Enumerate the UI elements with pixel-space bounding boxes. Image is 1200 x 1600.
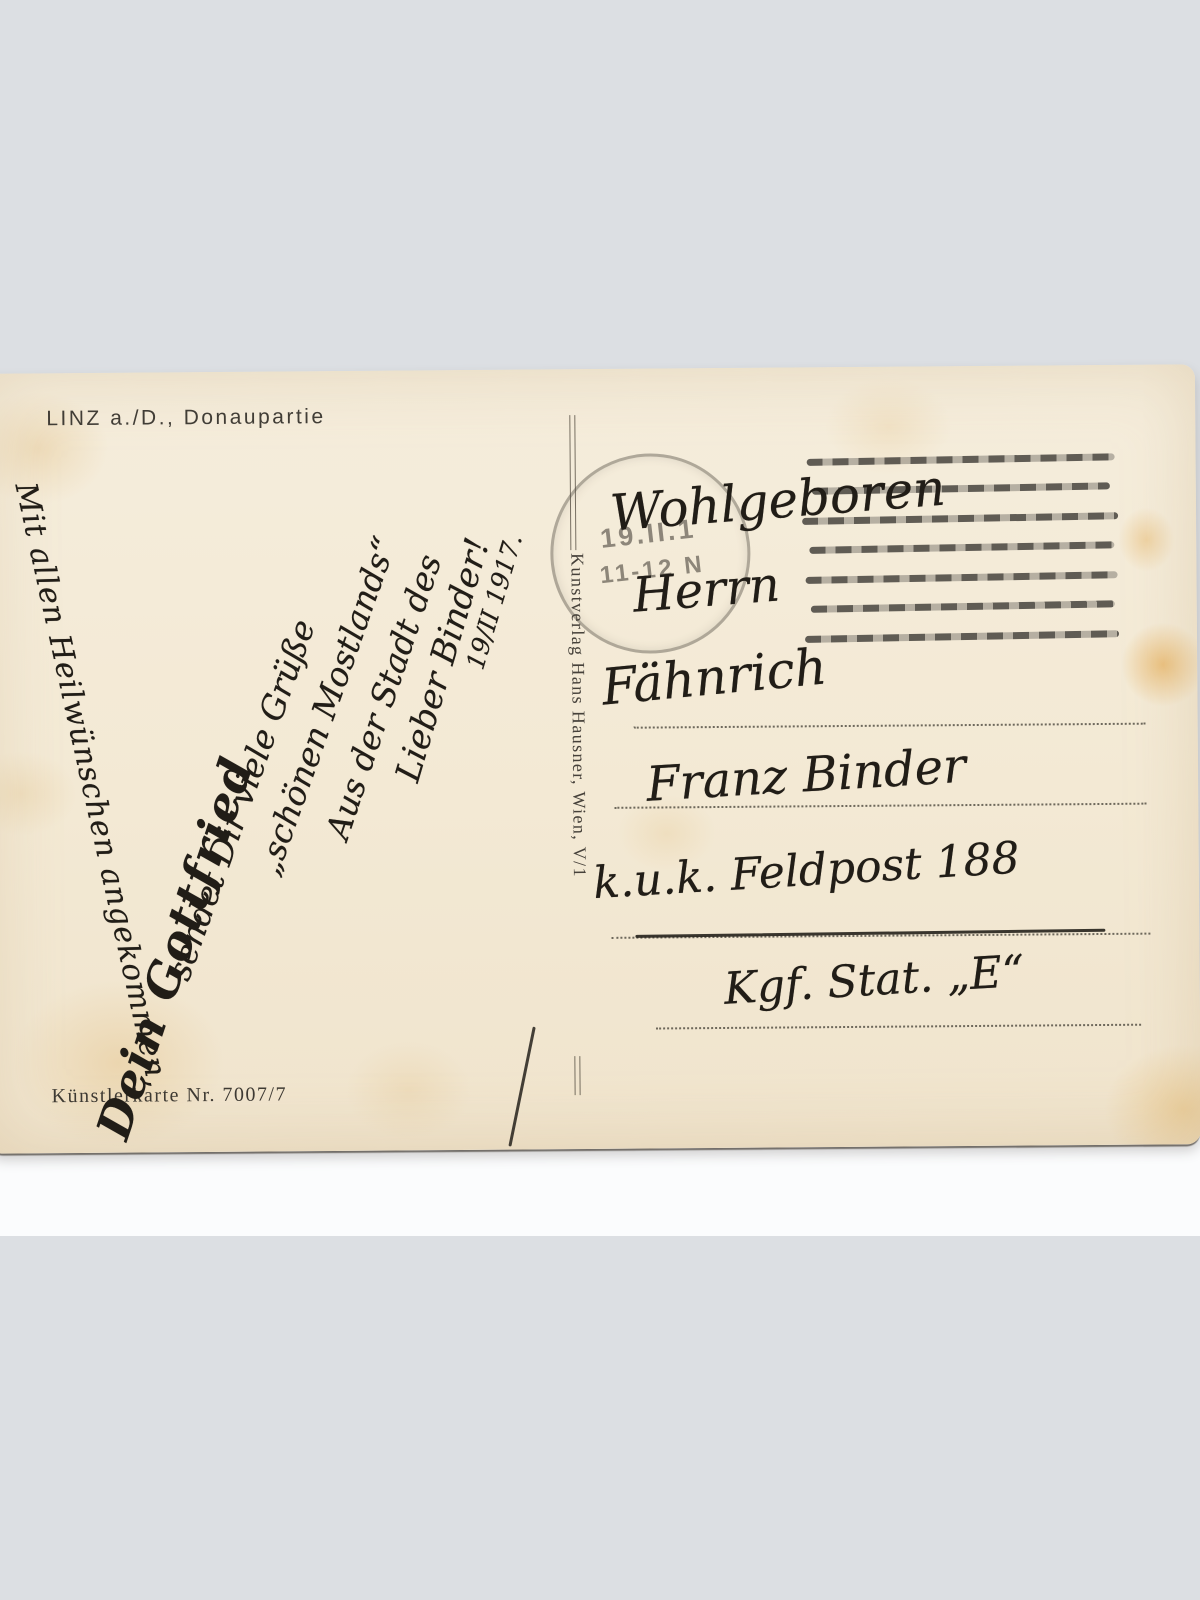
divider-line-bottom <box>574 1056 580 1095</box>
postcard-back: LINZ a./D., Donaupartie Kunstverlag Hans… <box>0 364 1200 1153</box>
scanned-postcard-page: { "page": { "background_color": "#dcdfe3… <box>0 0 1200 1600</box>
pen-flourish-stroke <box>508 1027 535 1147</box>
address-rule <box>634 723 1146 729</box>
cancellation-bar <box>805 630 1119 643</box>
card-number: Künstlerkarte Nr. 7007/7 <box>52 1083 288 1108</box>
cancellation-bar <box>807 453 1115 466</box>
address-rule <box>656 1024 1141 1030</box>
cancellation-bar <box>806 571 1118 584</box>
address-line-station: Kgf. Stat. „E“ <box>722 946 1025 1015</box>
address-line-feldpost: k.u.k. Feldpost 188 <box>592 833 1021 910</box>
address-line-herrn: Herrn <box>631 556 782 623</box>
postcard-caption: LINZ a./D., Donaupartie <box>46 405 325 431</box>
cancellation-bar <box>811 600 1115 613</box>
address-line-name: Franz Binder <box>645 738 968 813</box>
message-side-note: Mit allen Heilwünschen angekommen, <box>8 479 176 1091</box>
cancellation-bar <box>809 541 1114 554</box>
